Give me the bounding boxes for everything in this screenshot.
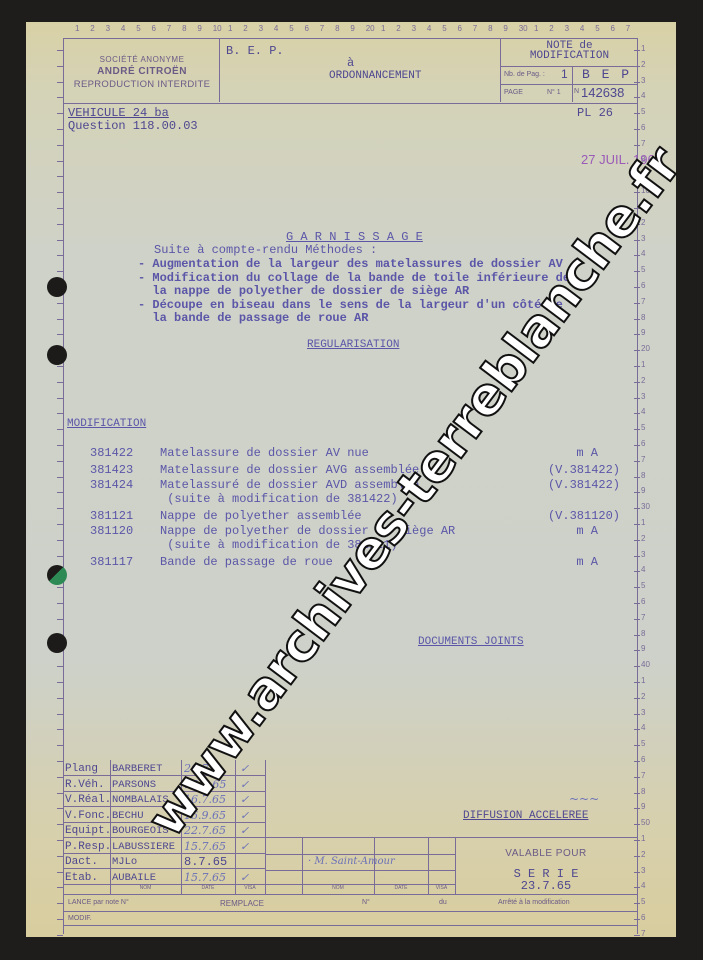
visa-mark: ✓ [240,871,264,884]
ruler-tick [57,587,63,588]
ruler-tick-label: 7 [641,297,645,306]
ruler-tick-label: 4 [641,91,645,100]
ruler-tick-label: 4 [580,24,584,33]
ruler-tick [634,635,640,636]
visa-mark: ✓ [240,793,264,806]
ruler-tick [57,492,63,493]
ruler-tick-label: 7 [641,613,645,622]
column-nom-2: NOM [302,885,374,891]
plan-reference: PL 26 [577,106,613,120]
ruler-tick-label: 5 [442,24,446,33]
ruler-tick [634,777,640,778]
signature-date: 15.7.65 [184,871,234,884]
ruler-tick [57,508,63,509]
nb-pages-value: 1 [561,67,568,81]
column-nom: NOM [110,885,181,891]
ruler-tick-label: 2 [641,692,645,701]
part-description: Matelassure de dossier AV nue [160,446,369,460]
ruler-tick-label: 3 [641,392,645,401]
ruler-tick-label: 6 [641,281,645,290]
ruler-tick-label: 2 [641,534,645,543]
ruler-tick-label: 9 [197,24,201,33]
second-signatory-name: · M. Saint-Amour [308,856,395,867]
ruler-tick-label: 5 [641,265,645,274]
divider [265,854,455,855]
from-department: B. E. P. [226,44,284,58]
part-description: Nappe de polyether assemblée [160,509,362,523]
ruler-tick [57,192,63,193]
ruler-tick-label: 10 [213,24,222,33]
part-status: (V.381422) [548,478,620,492]
ruler-tick [57,255,63,256]
ruler-tick [57,729,63,730]
divider [63,911,637,912]
ruler-tick [634,287,640,288]
ruler-tick-label: 1 [641,676,645,685]
signatory-role: Dact. [65,855,110,869]
ruler-tick [57,682,63,683]
question-number: Question 118.00.03 [68,119,198,133]
ruler-tick [634,271,640,272]
ruler-tick-label: 5 [641,897,645,906]
visa-mark: ✓ [240,840,264,853]
ruler-tick [634,398,640,399]
ruler-tick-label: 6 [305,24,309,33]
change-item: la nappe de polyether de dossier de sièg… [138,285,570,298]
ruler-tick-label: 7 [167,24,171,33]
divider [63,925,637,926]
note-title-2: MODIFICATION [502,51,637,62]
ruler-tick-label: 6 [458,24,462,33]
number-label: N° [362,899,370,906]
ruler-tick [634,477,640,478]
top-ruler: 1234567891012345678920123456789301234567 [63,24,637,39]
ruler-tick-label: 4 [641,565,645,574]
remplace-label: REMPLACE [220,899,264,908]
signatory-role: Equipt. [65,824,110,838]
ruler-tick-label: 9 [641,802,645,811]
ruler-tick [57,556,63,557]
page-label: PAGE [504,89,523,96]
ruler-tick-label: 8 [641,629,645,638]
part-status: m A [576,446,598,460]
ruler-tick-label: 3 [641,708,645,717]
company-line-3: REPRODUCTION INTERDITE [66,79,218,90]
ruler-tick [634,587,640,588]
change-list: - Augmentation de la largeur des matelas… [138,257,570,325]
divider [219,38,220,102]
signatory-name: AUBAILE [112,871,182,885]
part-reference: 381120 [90,524,133,538]
ruler-tick [634,571,640,572]
column-date: DATE [181,885,235,891]
ruler-tick-label: 4 [641,249,645,258]
ruler-tick-label: 9 [641,328,645,337]
ruler-tick [57,619,63,620]
ruler-tick-label: 5 [641,581,645,590]
ruler-tick [634,698,640,699]
ruler-tick [57,429,63,430]
ruler-tick-label: 6 [641,439,645,448]
ruler-tick-label: 1 [641,360,645,369]
ruler-tick-label: 4 [641,723,645,732]
ruler-tick-label: 30 [641,502,650,511]
ruler-tick [634,350,640,351]
ruler-tick [57,303,63,304]
ruler-tick-label: 1 [534,24,538,33]
documents-joints-label: DOCUMENTS JOINTS [418,635,524,649]
signatory-role: Etab. [65,871,110,885]
punch-hole [47,345,67,365]
company-name: ANDRÉ CITROËN [66,66,218,77]
part-status: (V.381422) [548,463,620,477]
to-department: ORDONNANCEMENT [329,69,421,83]
ruler-tick [57,271,63,272]
ruler-tick [634,413,640,414]
divider [63,894,637,895]
ruler-tick [634,603,640,604]
divider [500,38,501,102]
part-status: m A [576,524,598,538]
ruler-tick-label: 9 [641,486,645,495]
ruler-tick-label: 4 [274,24,278,33]
signatory-name: LABUSSIERE [112,840,182,854]
modif-label: MODIF. [68,915,92,922]
part-reference: 381423 [90,463,133,477]
ruler-tick [634,729,640,730]
ruler-tick-label: 7 [641,455,645,464]
ruler-tick [57,919,63,920]
signature-date: 8.7.65 [184,855,234,869]
part-reference: 381121 [90,509,133,523]
section-title: G A R N I S S A G E [286,230,423,244]
ruler-tick-label: 7 [641,929,645,938]
to-label: à [347,56,354,70]
ruler-tick-label: 3 [412,24,416,33]
signature-date: 15.7.65 [184,840,234,853]
ruler-tick-label: 8 [182,24,186,33]
ruler-tick-label: 3 [565,24,569,33]
ruler-tick-label: 5 [641,107,645,116]
change-item: - Augmentation de la largeur des matelas… [138,257,570,271]
punch-hole [47,277,67,297]
ruler-tick-label: 4 [641,881,645,890]
signatory-role: P.Resp. [65,840,110,854]
ruler-tick-label: 3 [641,76,645,85]
part-status: (V.381120) [548,509,620,523]
ruler-tick [57,903,63,904]
ruler-tick-label: 6 [641,755,645,764]
ruler-tick-label: 4 [427,24,431,33]
ruler-tick [634,824,640,825]
visa-mark: ✓ [240,809,264,822]
ruler-tick-label: 7 [320,24,324,33]
arrete-label: Arrêté à la modification [498,899,570,906]
ruler-tick-label: 2 [641,376,645,385]
signatory-name: MJLo [112,855,182,869]
ruler-tick-label: 9 [350,24,354,33]
ruler-tick-label: 3 [106,24,110,33]
ruler-tick [57,366,63,367]
ruler-tick [57,445,63,446]
ruler-tick [634,556,640,557]
document-page: 1234567891012345678920123456789301234567… [26,22,676,937]
ruler-tick [57,334,63,335]
nb-pages-label: Nb. de Pag. : [504,71,545,78]
part-reference: 381422 [90,446,133,460]
ruler-tick [57,745,63,746]
ruler-tick [57,698,63,699]
ruler-tick-label: 2 [641,850,645,859]
ruler-tick-label: 4 [121,24,125,33]
ruler-tick [634,255,640,256]
column-visa-2: VISA [428,885,455,891]
ruler-tick-label: 5 [595,24,599,33]
ruler-tick-label: 30 [519,24,528,33]
part-description: Bande de passage de roue [160,555,333,569]
ruler-tick [634,524,640,525]
ruler-tick [634,366,640,367]
ruler-tick-label: 2 [549,24,553,33]
ruler-tick [634,745,640,746]
ruler-tick [634,445,640,446]
signature-scribble: ~~~ [569,792,599,806]
ruler-tick-label: 8 [335,24,339,33]
ruler-tick [634,508,640,509]
divider [265,870,455,871]
signatory-role: V.Fonc. [65,809,110,823]
ruler-tick [57,382,63,383]
ruler-tick [57,666,63,667]
ruler-tick-label: 4 [641,407,645,416]
ruler-tick-label: 3 [259,24,263,33]
punch-hole [47,633,67,653]
ruler-tick [634,650,640,651]
ruler-tick-label: 2 [641,60,645,69]
ruler-tick-label: 8 [641,787,645,796]
ruler-tick [57,524,63,525]
part-description: Matelassure de dossier AVG assemblée [160,463,419,477]
ruler-tick [57,413,63,414]
part-reference: 381424 [90,478,133,492]
note-number: 142638 [581,85,624,100]
ruler-tick [57,398,63,399]
ruler-tick-label: 5 [641,423,645,432]
company-line-1: SOCIÉTÉ ANONYME [66,55,218,64]
part-status: m A [576,555,598,569]
column-visa: VISA [235,885,265,891]
ruler-tick [57,161,63,162]
visa-mark: ✓ [240,824,264,837]
ruler-tick [634,382,640,383]
ruler-tick-label: 1 [228,24,232,33]
ruler-tick [57,224,63,225]
ruler-tick-label: 3 [641,866,645,875]
ruler-tick [57,319,63,320]
ruler-tick [57,477,63,478]
column-date-2: DATE [374,885,428,891]
ruler-tick [634,303,640,304]
change-item: - Modification du collage de la bande de… [138,271,570,285]
ruler-tick-label: 1 [641,44,645,53]
modification-heading: MODIFICATION [67,417,146,431]
ruler-tick [57,113,63,114]
ruler-tick-label: 8 [641,313,645,322]
ruler-tick [634,540,640,541]
serie-date: 23.7.65 [455,879,637,893]
ruler-tick-label: 2 [396,24,400,33]
ruler-tick [634,761,640,762]
ruler-tick [634,666,640,667]
ruler-tick-label: 6 [641,123,645,132]
ruler-tick [634,682,640,683]
ruler-tick [634,793,640,794]
ruler-tick-label: 9 [503,24,507,33]
ruler-tick-label: 6 [152,24,156,33]
ruler-tick-label: 6 [641,913,645,922]
ruler-tick-label: 8 [641,471,645,480]
ruler-tick-label: 2 [90,24,94,33]
vehicle-label: VEHICULE 24 ba [68,106,169,120]
ruler-tick [634,935,640,936]
ruler-tick-label: 7 [626,24,630,33]
ruler-tick [57,240,63,241]
ruler-tick-label: 3 [641,550,645,559]
ruler-tick-label: 20 [641,344,650,353]
ruler-tick [634,919,640,920]
ruler-tick-label: 1 [75,24,79,33]
ruler-tick-label: 20 [366,24,375,33]
ruler-tick [634,429,640,430]
ruler-tick [57,461,63,462]
regularisation-label: REGULARISATION [307,338,399,352]
punch-hole [47,565,67,585]
ruler-tick [57,935,63,936]
ruler-tick-label: 8 [488,24,492,33]
note-number-prefix: N [574,88,579,95]
ruler-tick-label: 1 [641,834,645,843]
part-reference: 381117 [90,555,133,569]
ruler-tick-label: 40 [641,660,650,669]
change-item: - Découpe en biseau dans le sens de la l… [138,298,570,312]
department-code: B E P [582,68,631,82]
ruler-tick-label: 9 [641,644,645,653]
ruler-tick-label: 5 [289,24,293,33]
ruler-tick-label: 5 [136,24,140,33]
ruler-tick-label: 2 [243,24,247,33]
ruler-tick [57,176,63,177]
ruler-tick [57,129,63,130]
ruler-tick [634,113,640,114]
divider [265,837,637,838]
signatory-role: Plang [65,762,110,776]
ruler-tick-label: 6 [641,597,645,606]
lance-label: LANCE par note N° [68,899,129,906]
ruler-tick-label: 1 [641,518,645,527]
ruler-tick [634,903,640,904]
ruler-tick [57,714,63,715]
visa-mark: ✓ [240,778,264,791]
signatory-role: R.Véh. [65,778,110,792]
divider [572,66,573,102]
ruler-tick [57,145,63,146]
ruler-tick-label: 1 [381,24,385,33]
ruler-tick [634,808,640,809]
ruler-tick-label: 7 [641,771,645,780]
ruler-tick [57,208,63,209]
ruler-tick [57,603,63,604]
ruler-tick [634,129,640,130]
ruler-tick-label: 50 [641,818,650,827]
page-number: N° 1 [547,89,561,96]
ruler-tick [634,319,640,320]
ruler-tick [634,461,640,462]
intro-text: Suite à compte-rendu Méthodes : [154,243,377,257]
part-description: (suite à modification de 381422) [160,492,398,506]
ruler-tick-label: 7 [473,24,477,33]
diffusion-label: DIFFUSION ACCELEREE [463,809,588,823]
ruler-tick-label: 5 [641,739,645,748]
ruler-tick [634,492,640,493]
du-label: du [439,899,447,906]
ruler-tick [57,540,63,541]
ruler-tick [634,619,640,620]
ruler-tick [634,840,640,841]
signatory-role: V.Réal. [65,793,110,807]
ruler-tick [634,334,640,335]
ruler-tick [634,714,640,715]
ruler-tick-label: 6 [611,24,615,33]
validity-label: VALABLE POUR [455,848,637,859]
